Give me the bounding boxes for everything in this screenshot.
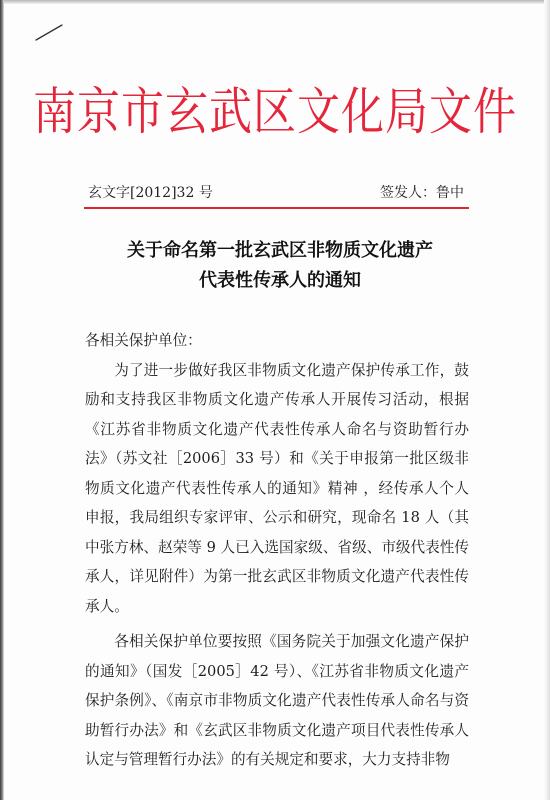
notice-title-line-2: 代表性传承人的通知: [60, 266, 500, 296]
scan-edge-top: [0, 0, 550, 4]
body-paragraph-2: 各相关保护单位要按照《国务院关于加强文化遗产保护的通知》（国发［2005］42 …: [85, 627, 469, 775]
handwritten-slash-icon: [34, 22, 64, 42]
document-number: 玄文字[2012]32 号: [88, 184, 213, 202]
document-signer: 签发人：鲁中: [380, 184, 464, 202]
salutation: 各相关保护单位：: [85, 326, 469, 356]
scanned-document-page: 南京市玄武区文化局文件 玄文字[2012]32 号 签发人：鲁中 关于命名第一批…: [0, 0, 550, 800]
body-paragraph-1: 为了进一步做好我区非物质文化遗产保护传承工作，鼓励和支持我区非物质文化遗产传承人…: [85, 356, 469, 622]
notice-title-line-1: 关于命名第一批玄武区非物质文化遗产: [60, 236, 500, 266]
document-header-title: 南京市玄武区文化局文件: [0, 82, 550, 143]
document-body: 各相关保护单位： 为了进一步做好我区非物质文化遗产保护传承工作，鼓励和支持我区非…: [85, 326, 469, 775]
notice-title: 关于命名第一批玄武区非物质文化遗产 代表性传承人的通知: [60, 236, 500, 296]
red-divider-rule: [84, 207, 469, 209]
